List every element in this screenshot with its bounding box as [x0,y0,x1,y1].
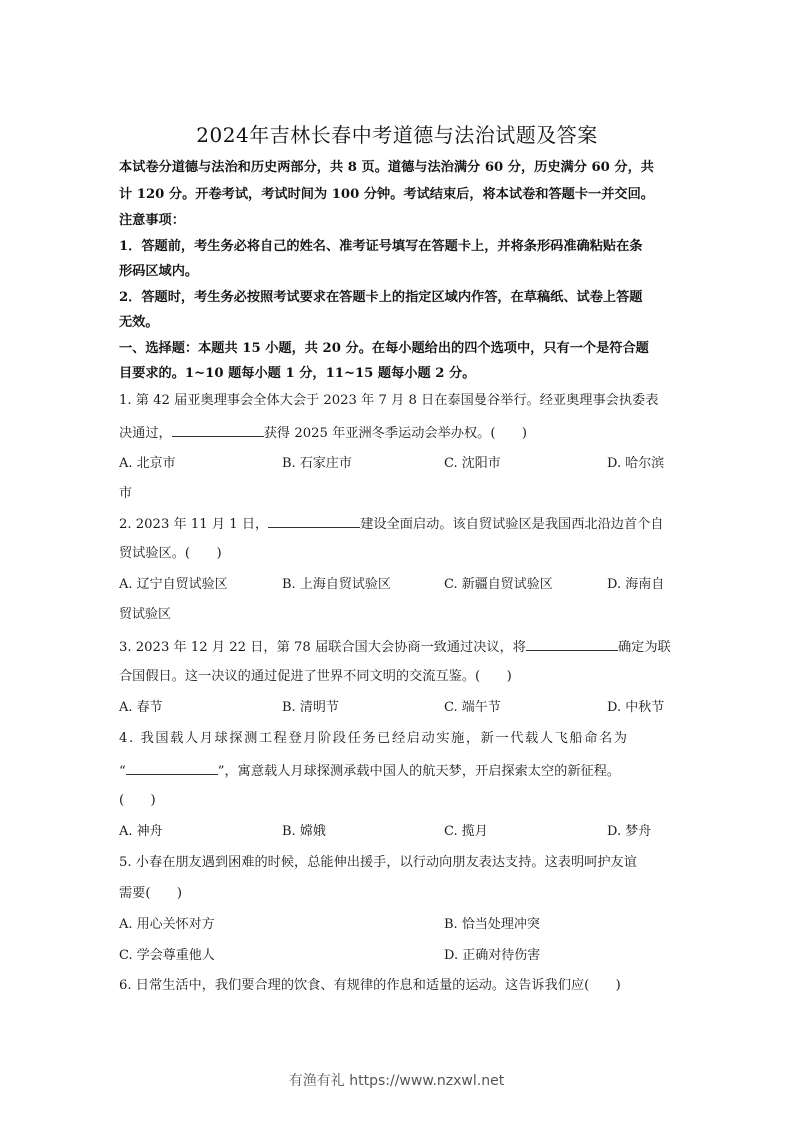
question-4-option-b: B. 嫦娥 [282,823,326,841]
question-4-line-3: ( ) [119,792,675,810]
answer-blank [526,637,618,651]
question-2-option-d-wrap: 贸试验区 [119,606,171,624]
intro-line-2: 计 120 分。开卷考试，考试时间为 100 分钟。考试结束后，将本试卷和答题卡… [119,186,675,204]
question-2-text-pre: 2. 2023 年 11 月 1 日， [119,517,268,532]
notes-heading: 注意事项： [119,212,675,230]
question-1-option-b: B. 石家庄市 [282,455,352,473]
question-5-line-1: 5. 小春在朋友遇到困难的时候，总能伸出援手，以行动向朋友表达支持。这表明呵护友… [119,854,675,872]
question-2-text-post: 建设全面启动。该自贸试验区是我国西北沿边首个自 [360,517,663,532]
question-2-option-d: D. 海南自 [607,576,664,594]
question-5-option-b: B. 恰当处理冲突 [444,916,540,934]
question-1-option-d-wrap: 市 [119,485,132,503]
question-3-line-2: 合国假日。这一决议的通过促进了世界不同文明的交流互鉴。( ) [119,668,675,686]
question-2-line-1: 2. 2023 年 11 月 1 日，建设全面启动。该自贸试验区是我国西北沿边首… [119,514,675,534]
question-2-option-b: B. 上海自贸试验区 [282,576,391,594]
question-5-line-2: 需要( ) [119,885,675,903]
question-4-option-a: A. 神舟 [119,823,163,841]
question-3-option-a: A. 春节 [119,699,163,717]
answer-blank [268,514,360,528]
question-2-option-a: A. 辽宁自贸试验区 [119,576,228,594]
question-5-option-c: C. 学会尊重他人 [119,947,215,965]
question-6-line-1: 6. 日常生活中，我们要合理的饮食、有规律的作息和适量的运动。这告诉我们应( ) [119,977,675,995]
question-4-option-d: D. 梦舟 [607,823,651,841]
question-4-text-pre: “ [119,764,126,779]
answer-blank [126,761,218,775]
question-3-option-c: C. 端午节 [444,699,501,717]
question-5-option-d: D. 正确对待伤害 [444,947,540,965]
question-3-line-1: 3. 2023 年 12 月 22 日，第 78 届联合国大会协商一致通过决议，… [119,637,675,657]
question-4-line-2: “”，寓意载人月球探测承载中国人的航天梦，开启探索太空的新征程。 [119,761,675,781]
question-2-option-c: C. 新疆自贸试验区 [444,576,553,594]
intro-line-1: 本试卷分道德与法治和历史两部分，共 8 页。道德与法治满分 60 分，历史满分 … [119,159,675,177]
question-3-option-d: D. 中秋节 [607,699,664,717]
question-3-text-pre: 3. 2023 年 12 月 22 日，第 78 届联合国大会协商一致通过决议，… [119,640,526,655]
section-heading-line-2: 目要求的。1~10 题每小题 1 分，11~15 题每小题 2 分。 [119,365,675,383]
question-5-option-a: A. 用心关怀对方 [119,916,215,934]
note-1-line-2: 形码区域内。 [119,263,675,281]
page-title: 2024年吉林长春中考道德与法治试题及答案 [119,121,675,149]
question-3-option-b: B. 清明节 [282,699,339,717]
question-4-option-c: C. 揽月 [444,823,488,841]
question-1-text-post: 获得 2025 年亚洲冬季运动会举办权。( ) [264,426,527,441]
footer-watermark: 有渔有礼 https://www.nzxwl.net [0,1070,793,1090]
question-1-text-pre: 决通过， [119,426,172,441]
question-1-line-1: 1. 第 42 届亚奥理事会全体大会于 2023 年 7 月 8 日在泰国曼谷举… [119,392,675,410]
question-1-option-c: C. 沈阳市 [444,455,501,473]
section-heading-line-1: 一、选择题：本题共 15 小题，共 20 分。在每小题给出的四个选项中，只有一个… [119,340,675,358]
question-4-line-1: 4. 我国载人月球探测工程登月阶段任务已经启动实施，新一代载人飞船命名为 [119,730,675,748]
note-2-line-2: 无效。 [119,314,675,332]
question-1-line-2: 决通过，获得 2025 年亚洲冬季运动会举办权。( ) [119,423,675,443]
question-3-text-post: 确定为联 [618,640,671,655]
note-1-line-1: 1．答题前，考生务必将自己的姓名、准考证号填写在答题卡上，并将条形码准确粘贴在条 [119,238,675,256]
question-1-option-a: A. 北京市 [119,455,176,473]
question-1-option-d: D. 哈尔滨 [607,455,664,473]
question-4-text-post: ”，寓意载人月球探测承载中国人的航天梦，开启探索太空的新征程。 [218,764,620,779]
question-2-line-2: 贸试验区。( ) [119,545,675,563]
note-2-line-1: 2．答题时，考生务必按照考试要求在答题卡上的指定区域内作答，在草稿纸、试卷上答题 [119,289,675,307]
answer-blank [172,423,264,437]
